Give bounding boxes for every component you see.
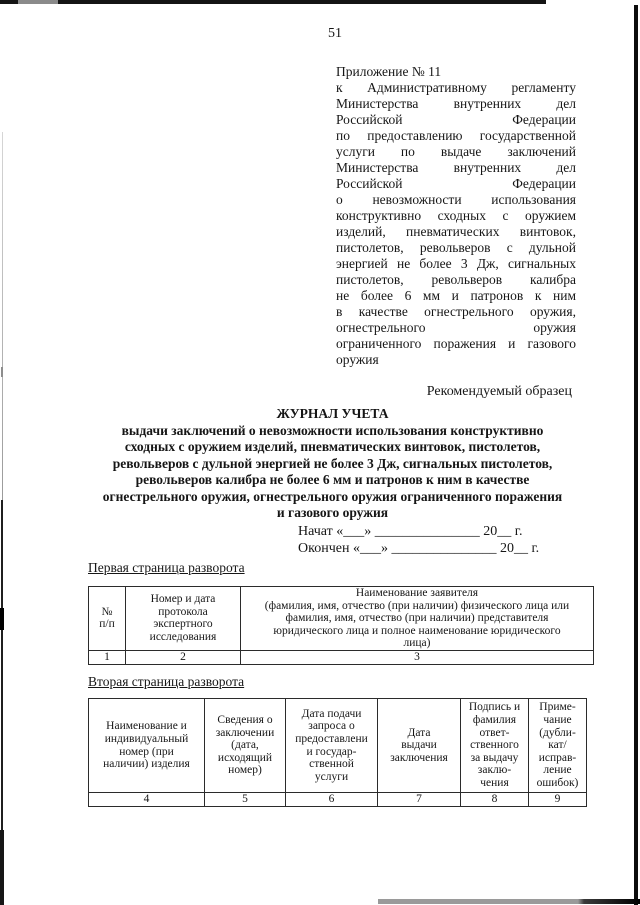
first-spread-caption: Первая страница разворота — [88, 560, 245, 576]
text-line: Министерства внутренних дел — [336, 96, 576, 112]
text-line: конструктивно сходных с оружием — [336, 208, 576, 224]
text-line: и газового оружия — [70, 505, 595, 522]
text-line: Министерства внутренних дел — [336, 160, 576, 176]
text-line: оружия — [336, 352, 576, 368]
text-line: о невозможности использования — [336, 192, 576, 208]
text-line: изделий, пневматических винтовок, — [336, 224, 576, 240]
recommended-sample-label: Рекомендуемый образец — [300, 384, 572, 400]
scan-artifact-left-bottom — [0, 830, 4, 905]
second-spread-table: Наименование и индивидуальный номер (при… — [88, 698, 587, 807]
text-line: пистолетов, револьверов калибра — [336, 272, 576, 288]
column-number: 7 — [378, 793, 461, 807]
text-line: пистолетов, револьверов с дульной — [336, 240, 576, 256]
text-line: по предоставлению государственной — [336, 128, 576, 144]
column-header: Наименование и индивидуальный номер (при… — [89, 699, 205, 793]
first-spread-table: № п/пНомер и дата протокола экспертного … — [88, 586, 594, 665]
column-number: 3 — [241, 650, 594, 664]
text-line: ЖУРНАЛ УЧЕТА — [70, 406, 595, 423]
text-line: Российской Федерации — [336, 112, 576, 128]
text-line: в качестве огнестрельного оружия, — [336, 304, 576, 320]
text-line: огнестрельного оружия, огнестрельного ор… — [70, 489, 595, 506]
text-line: Приложение № 11 — [336, 64, 576, 80]
column-header: Сведения о заключении (дата, исходящий н… — [205, 699, 286, 793]
journal-start-date-line: Начат «___» _______________ 20__ г. — [298, 523, 539, 540]
column-number: 2 — [126, 650, 241, 664]
document-page: 51 Приложение № 11к Административному ре… — [0, 0, 640, 905]
column-number: 6 — [286, 793, 378, 807]
scan-artifact-left-blob — [0, 608, 4, 630]
column-number: 1 — [89, 650, 126, 664]
column-header: Дата выдачи заключения — [378, 699, 461, 793]
scan-artifact-top-bar — [0, 0, 546, 4]
journal-dates: Начат «___» _______________ 20__ г. Окон… — [298, 523, 539, 557]
scan-artifact-right-bar — [634, 5, 638, 905]
text-line: ограниченного поражения и газового — [336, 336, 576, 352]
column-header: № п/п — [89, 587, 126, 651]
text-line: не более 6 мм и патронов к ним — [336, 288, 576, 304]
column-number: 9 — [529, 793, 587, 807]
text-line: энергией не более 3 Дж, сигнальных — [336, 256, 576, 272]
appendix-heading-block: Приложение № 11к Административному регла… — [336, 64, 576, 368]
journal-end-date-line: Окончен «___» _______________ 20__ г. — [298, 540, 539, 557]
column-header: Приме- чание (дубли- кат/ исправ- ление … — [529, 699, 587, 793]
page-number: 51 — [300, 26, 370, 42]
text-line: огнестрельного оружия — [336, 320, 576, 336]
text-line: к Административному регламенту — [336, 80, 576, 96]
second-spread-caption: Вторая страница разворота — [88, 674, 244, 690]
scan-artifact-bottom-bar — [378, 899, 640, 904]
text-line: услуги по выдаче заключений — [336, 144, 576, 160]
scan-artifact-left-line-light — [2, 132, 3, 502]
scan-artifact-left-dash — [1, 367, 3, 377]
column-number: 5 — [205, 793, 286, 807]
column-header: Наименование заявителя (фамилия, имя, от… — [241, 587, 594, 651]
text-line: револьверов калибра не более 6 мм и патр… — [70, 472, 595, 489]
text-line: револьверов с дульной энергией не более … — [70, 456, 595, 473]
column-header: Подпись и фамилия ответ- ственного за вы… — [461, 699, 529, 793]
column-header: Номер и дата протокола экспертного иссле… — [126, 587, 241, 651]
text-line: Российской Федерации — [336, 176, 576, 192]
column-header: Дата подачи запроса о предоставлени и го… — [286, 699, 378, 793]
journal-title: ЖУРНАЛ УЧЕТАвыдачи заключений о невозмож… — [70, 406, 595, 522]
column-number: 8 — [461, 793, 529, 807]
column-number: 4 — [89, 793, 205, 807]
text-line: сходных с оружием изделий, пневматически… — [70, 439, 595, 456]
text-line: выдачи заключений о невозможности исполь… — [70, 423, 595, 440]
